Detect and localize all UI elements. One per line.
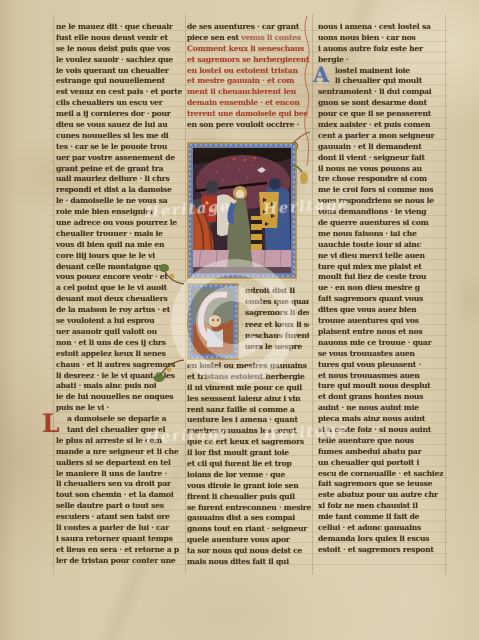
text-line: fust elle nous deust venir et <box>56 33 184 44</box>
initial-figure-face <box>209 315 221 327</box>
text-line: me ie croi fors si comme nos <box>318 185 445 196</box>
manuscript-page: ne le mauez dit · que cheualrfust elle n… <box>0 0 479 640</box>
rubric-line: trerent une damoisele qui bee <box>187 109 311 120</box>
rubric-line: et sagremors se herbergierent <box>187 55 311 66</box>
text-column-1: ne le mauez dit · que cheualrfust elle n… <box>56 22 184 567</box>
text-line: pour ce que il se pensserent <box>318 109 445 120</box>
text-line: deuant moi deux cheualiers <box>56 294 184 305</box>
text-line: fait sagremors quant vous <box>318 294 445 305</box>
damsel-face <box>236 190 244 198</box>
text-line: et lieus en sera · et retorne a p <box>56 545 184 556</box>
text-line: firent li cheualier puis quil <box>187 492 311 503</box>
text-line: se le nous deist puis que vos <box>56 44 184 55</box>
text-line: escuiers · atant sen taist ore <box>56 512 184 523</box>
text-line: vous demandions · ie vieng <box>318 207 445 218</box>
text-line: piece sen est venus li contes <box>187 33 311 44</box>
text-line: meil a ij cornieres dor · pour <box>56 109 184 120</box>
rubric-line: ment il cheuauchierent len <box>187 87 311 98</box>
text-line: mais nous dites fait il qui <box>187 557 311 568</box>
miniature <box>187 142 297 279</box>
text-line: gauuains dist a ses compai <box>187 513 311 524</box>
text-line: cunes nouuelles si les me di <box>56 131 184 142</box>
text-line: fait sagremors que se ieusse <box>318 479 445 490</box>
text-line: vous di bien quil na mie en <box>56 240 184 251</box>
text-line: este abatuz pour un autre chr <box>318 490 445 501</box>
text-line: tes · car se ie le pouoie trou <box>56 142 184 153</box>
text-line: ioians de lor venue · que <box>187 470 311 481</box>
text-line: uail mauriez deliure · li chrs <box>56 174 184 185</box>
text-line: tant del cheualier que el <box>56 425 184 436</box>
text-line: vous diroie ie grant ioie sen <box>187 481 311 492</box>
text-line: grant peine et de grant tra <box>56 164 184 175</box>
text-line: selle dautre part o tout ses <box>56 501 184 512</box>
text-line: tout son chemin · et la damoi <box>56 490 184 501</box>
text-line: vous respondriens se nous le <box>318 196 445 207</box>
rubric: Comment keux li seneschauset sagremors s… <box>187 44 311 120</box>
text-column-3: nous i amena · cest lostel sauons nous b… <box>318 22 445 556</box>
text-line: en lostel ou mesires gauuains <box>187 361 311 372</box>
text-line: ture qui moult nous desplut <box>318 381 445 392</box>
text-column-2-top: de ses auentures · car grant piece sen e… <box>187 22 311 131</box>
initial-L: L <box>42 411 60 436</box>
text-line: miex aaisier · et puis comen <box>318 120 445 131</box>
text-line: est venuz en cest pais · et porte <box>56 87 184 98</box>
text-line: se furent entreconneu · mesire <box>187 503 311 514</box>
text-line: dieu se vous sauez de lui au <box>56 120 184 131</box>
text-line: que ce ert keux et sagremors <box>187 437 311 448</box>
ivy-sprig-icon <box>156 258 186 288</box>
text-segment: piece sen est <box>187 33 241 42</box>
text-line: de la maison le roy artus · et <box>56 305 184 316</box>
text-line: demanda lors quiex li escus <box>318 534 445 545</box>
left-knight-helmet <box>206 181 219 194</box>
text-line: cheualier trouuer · mais ie <box>56 229 184 240</box>
rubric-line: en lostel ou estoient tristan <box>187 66 311 77</box>
text-line: quele auenture vous apor <box>187 535 311 546</box>
text-line: le · damoiselle ie ne vous sa <box>56 196 184 207</box>
text-line: uenture les i amena · quant <box>187 415 311 426</box>
text-line: mesires gauuains les conut <box>187 426 311 437</box>
red-filigree-icon <box>300 16 314 166</box>
text-line: uons nous bien · car nos <box>318 33 445 44</box>
text-line: de querre auentures si com <box>318 218 445 229</box>
rubric-line: et mesire gauuain · et com <box>187 76 311 87</box>
text-line: et nous trouuasmes auen <box>318 371 445 382</box>
text-line: non · et li uns de ces ij chrs <box>56 338 184 349</box>
text-line: nauons mie ce trouue · quar <box>318 338 445 349</box>
floor-shadow <box>193 267 291 273</box>
rubric-line: demain ensemble · et encon <box>187 98 311 109</box>
text-line: dites que vous auez bien <box>318 305 445 316</box>
text-line: cils cheualiers un escu ver <box>56 98 184 109</box>
text-line: estoit · et sagremors respont <box>318 545 445 556</box>
text-line: me nous faisons · iai che <box>318 229 445 240</box>
text-line: uauchie toute iour si ainc <box>318 240 445 251</box>
text-line: et tristans estoient herbergie <box>187 372 311 383</box>
text-column-2-side: ndroit dist licontes que quantsagremors … <box>245 285 309 352</box>
text-line: rent sanz faille si comme a <box>187 405 311 416</box>
text-line: tre chose respondre si com <box>318 174 445 185</box>
text-line: i saura retorner quant temps <box>56 534 184 545</box>
text-line: se vous trouuastes auen <box>318 349 445 360</box>
text-line: mande a nre seigneur et li che <box>56 447 184 458</box>
text-line: trouue auentures qui vos <box>318 316 445 327</box>
text-line: moult fui liez de ceste trou <box>318 272 445 283</box>
text-line: il lor fist moult grant ioie <box>187 448 311 459</box>
text-line: de ses auentures · car grant <box>187 22 311 33</box>
text-line: li contes a parler de lui · car <box>56 523 184 534</box>
text-line: le maniere li uns de lautre · <box>56 469 184 480</box>
text-column-2-lower: en lostel ou mesires gauuainset tristans… <box>187 361 311 568</box>
text-line: uer par vostre assenement de <box>56 153 184 164</box>
text-line: gauuain · et li demandent <box>318 142 445 153</box>
text-line: les seussent laienz ainz i vin <box>187 394 311 405</box>
text-line: un cheualier qui portoit i <box>318 458 445 469</box>
text-line: i auons autre foiz este her <box>318 44 445 55</box>
text-line: lostel mainent ioie <box>318 66 445 77</box>
text-line: plaisent entre nous et nos <box>318 327 445 338</box>
text-line: cent a parler a mon seigneur <box>318 131 445 142</box>
text-line: uer asauoir quil valoit ou <box>56 327 184 338</box>
text-line: uers le uespre <box>245 341 309 352</box>
miniature-painting <box>187 142 297 279</box>
text-line: une adrece ou vous pourrez le <box>56 218 184 229</box>
text-line: il ni vinrent mie pour ce quil <box>187 383 311 394</box>
text-line: nous i amena · cest lostel sa <box>318 22 445 33</box>
column-rule <box>445 14 446 574</box>
text-line: xl foiz ne men chausist il <box>318 501 445 512</box>
text-line: cellui · et adonc gauuains <box>318 523 445 534</box>
text-line: mie tant comme il fait de <box>318 512 445 523</box>
column-rule <box>185 14 186 574</box>
text-line: ualiers si se departent en tel <box>56 458 184 469</box>
text-segment-red: venus li contes <box>241 33 301 42</box>
text-line: ne le mauez dit · que cheualr <box>56 22 184 33</box>
text-line: roie mie bien enseignier <box>56 207 184 218</box>
text-line: li cheualier qui moult <box>318 76 445 87</box>
text-line: ta sor nous qui nous deist ce <box>187 546 311 557</box>
text-line: gnons tout en riant · seigneur <box>187 524 311 535</box>
text-line: telle auenture que nous <box>318 436 445 447</box>
text-line: escu de cornouaille · et sachiez <box>318 469 445 480</box>
text-line: ue · en non dieu mesire g <box>318 283 445 294</box>
text-line: dont il vient · seigneur fait <box>318 153 445 164</box>
text-line: auint · ne nous auint mie <box>318 403 445 414</box>
text-line: puis ne le vi · <box>56 403 184 414</box>
text-line: et dont grans hontes nous <box>318 392 445 403</box>
text-line: le voulez sauoir · sachiez que <box>56 55 184 66</box>
text-line: tures qui vous pleussent · <box>318 360 445 371</box>
text-line: fumes ambedui abatu par <box>318 447 445 458</box>
text-line: ler de tristan pour conter une <box>56 556 184 567</box>
ivy-sprig-icon <box>152 356 186 386</box>
text-line: contes que quant <box>245 296 309 307</box>
text-line: ne vi dieu merci telle auen <box>318 251 445 262</box>
text-line: se vouloient a lui esprou <box>56 316 184 327</box>
blue-knight-helm <box>269 178 281 190</box>
text-line: reez et keux li se <box>245 319 309 330</box>
text-line: respondi et dist a la damoise <box>56 185 184 196</box>
rubric-line: Comment keux li seneschaus <box>187 44 311 55</box>
text-line: ie de lui nouuelles ne onques <box>56 392 184 403</box>
text-line: le plus ni arreste si le com <box>56 436 184 447</box>
text-line: sentramoient · li dui compai <box>318 87 445 98</box>
column-rule <box>53 14 54 574</box>
text-line: li cheualiers sen va droit par <box>56 479 184 490</box>
text-line: il nous ne vous pouons au <box>318 164 445 175</box>
initial-A: A <box>313 64 329 86</box>
text-line: ture qui miex me plaist et <box>318 262 445 273</box>
text-line: ndroit dist li <box>245 285 309 296</box>
text-line: gnon se sont desarme dont <box>318 98 445 109</box>
text-line: pieca mais ainz nous auint <box>318 414 445 425</box>
text-line: a damoisele se departe a <box>56 414 184 425</box>
text-line: bergie · <box>318 55 445 66</box>
text-line: sagremors li des <box>245 307 309 318</box>
text-line: et cil qui furent lie et trop <box>187 459 311 470</box>
text-line: estrange qui nouuellement <box>56 76 184 87</box>
text-line: ie vois querant un cheualier <box>56 66 184 77</box>
text-line: neschaus furent <box>245 330 309 341</box>
text-line: si a ceste foiz · si nous auint <box>318 425 445 436</box>
historiated-initial <box>187 283 239 360</box>
